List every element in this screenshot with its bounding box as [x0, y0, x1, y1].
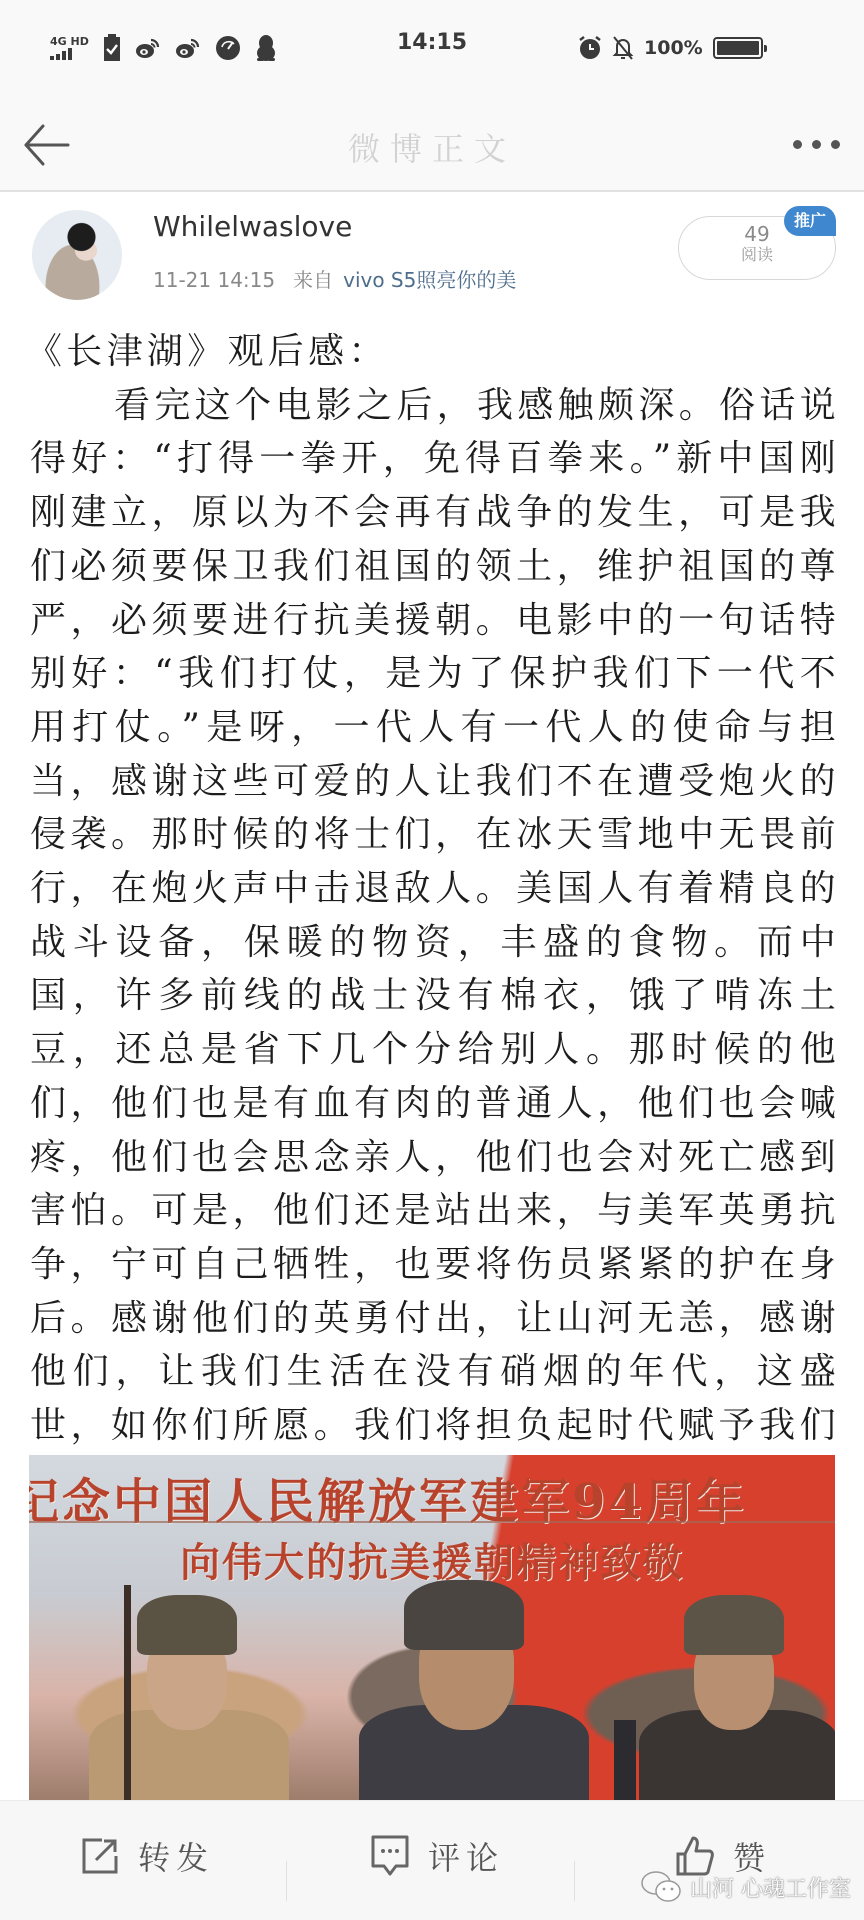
source-prefix: 来自: [293, 268, 333, 292]
comment-label: 评论: [428, 1833, 504, 1879]
alarm-icon: [578, 35, 602, 61]
wechat-icon: [640, 1870, 684, 1904]
poster-subheadline: 向伟大的抗美援朝精神致敬: [29, 1531, 835, 1588]
more-dots-icon: [793, 140, 840, 149]
bell-off-icon: [612, 35, 634, 61]
battery-icon: [713, 37, 763, 59]
post-meta: 11-21 14:15来自vivo S5照亮你的美: [153, 264, 516, 293]
read-label: 阅读: [679, 245, 835, 264]
author-row: Whilelwaslove 11-21 14:15来自vivo S5照亮你的美 …: [0, 192, 864, 302]
post-title: 《长津湖》观后感：: [26, 325, 840, 379]
action-divider: [574, 1861, 575, 1901]
post-paragraph: 看完这个电影之后，我感触颇深。俗话说得好：“打得一拳开，免得百拳来。”新中国刚刚…: [30, 379, 840, 1560]
status-right-icons: 100%: [578, 32, 763, 64]
battery-percent: 100%: [644, 37, 703, 59]
comment-button[interactable]: 评论: [370, 1831, 504, 1881]
post-date: 11-21 14:15: [153, 268, 275, 292]
avatar[interactable]: [32, 210, 122, 300]
comment-icon: [370, 1834, 410, 1878]
poster-divider: [29, 1521, 835, 1523]
page-title: 微博正文: [0, 124, 864, 170]
action-divider: [286, 1861, 287, 1901]
more-options-button[interactable]: [793, 140, 840, 149]
post-content: 《长津湖》观后感： 看完这个电影之后，我感触颇深。俗话说得好：“打得一拳开，免得…: [30, 325, 840, 1560]
post-image[interactable]: 纪念中国人民解放军建军94周年 向伟大的抗美援朝精神致敬: [29, 1455, 835, 1800]
watermark: 山河 心魂工作室: [640, 1870, 851, 1904]
share-icon: [80, 1836, 120, 1876]
watermark-text: 山河 心魂工作室: [690, 1872, 851, 1903]
author-name[interactable]: Whilelwaslove: [153, 210, 352, 243]
top-nav-bar: 微博正文: [0, 100, 864, 192]
share-label: 转发: [138, 1833, 214, 1879]
share-button[interactable]: 转发: [80, 1831, 214, 1881]
promote-tag[interactable]: 推广: [784, 206, 836, 236]
status-bar: 4G HD 14:15 100%: [0, 0, 864, 100]
device-link[interactable]: vivo S5照亮你的美: [343, 268, 516, 292]
